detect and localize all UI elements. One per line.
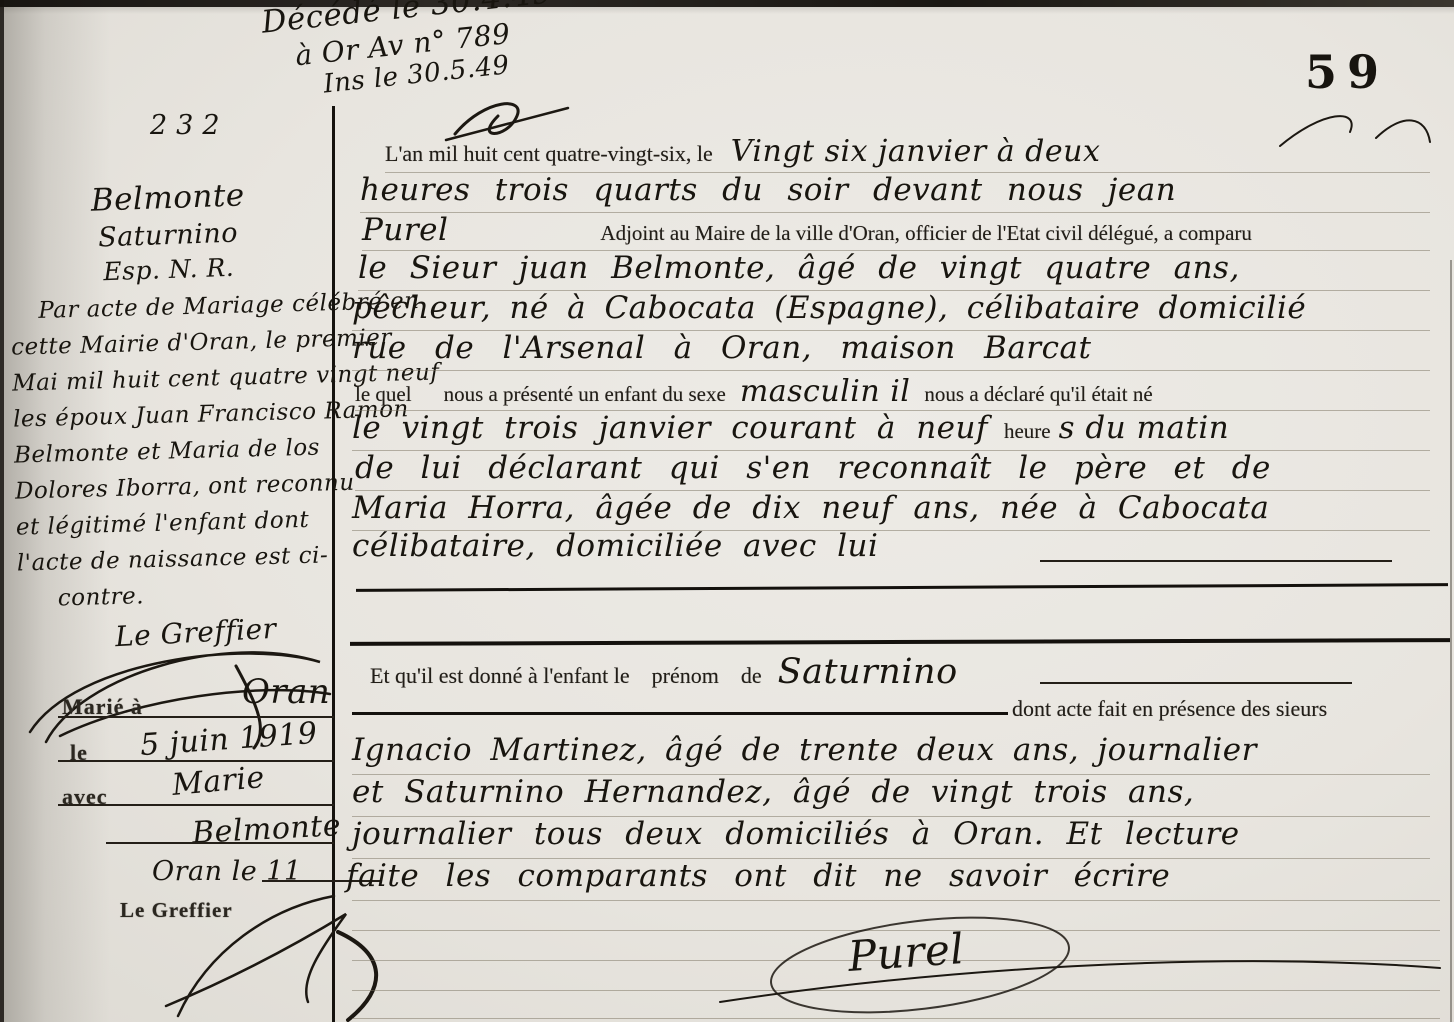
handwritten-text: journalier tous deux domiciliés à Oran. … xyxy=(352,816,1240,852)
acte-fill-rule xyxy=(352,712,1008,715)
marriage-place: Oran xyxy=(242,672,330,712)
handwritten-text: Vingt six janvier à deux xyxy=(731,134,1101,169)
ruled-line xyxy=(352,900,1440,901)
handwritten-text: s du matin xyxy=(1059,410,1230,446)
witness-line-1: Ignacio Martinez, âgé de trente deux ans… xyxy=(352,732,1430,775)
body-line-1: L'an mil huit cent quatre-vingt-six, le … xyxy=(385,134,1430,173)
body-line-9: de lui déclarant qui s'en reconnaît le p… xyxy=(355,450,1430,491)
printed-text: nous a présenté un enfant du sexe xyxy=(444,382,726,406)
stamp-line xyxy=(106,842,334,844)
printed-text: nous a déclaré qu'il était né xyxy=(924,382,1152,406)
witness-line-3: journalier tous deux domiciliés à Oran. … xyxy=(352,816,1430,859)
handwritten-text: rue de l'Arsenal à Oran, maison Barcat xyxy=(352,330,1091,366)
printed-text: heure xyxy=(1004,419,1051,443)
handwritten-text: le Sieur juan Belmonte, âgé de vingt qua… xyxy=(358,250,1240,286)
handwritten-text: heures trois quarts du soir devant nous … xyxy=(360,172,1176,208)
printed-text: Adjoint au Maire de la ville d'Oran, off… xyxy=(600,221,1252,245)
stamp-line xyxy=(58,760,334,762)
handwritten-text: Ignacio Martinez, âgé de trente deux ans… xyxy=(352,732,1257,768)
handwritten-text: Maria Horra, âgée de dix neuf ans, née à… xyxy=(352,490,1269,526)
fill-line xyxy=(1040,560,1392,562)
registry-page: 59 Décédé le 30.4.49 à Or Av n° 789 Ins … xyxy=(0,0,1454,1022)
witness-line-2: et Saturnino Hernandez, âgé de vingt tro… xyxy=(352,774,1430,817)
printed-text: L'an mil huit cent quatre-vingt-six, le xyxy=(385,141,713,166)
prenom-line: Et qu'il est donné à l'enfant le prénom … xyxy=(370,652,958,692)
handwritten-text: masculin il xyxy=(740,374,911,409)
bracket-flourish xyxy=(330,928,400,1022)
page-number: 59 xyxy=(1305,45,1389,99)
spouse-firstname: Marie xyxy=(171,760,266,803)
body-line-10: Maria Horra, âgée de dix neuf ans, née à… xyxy=(352,490,1430,531)
stamp-le-label: le xyxy=(70,740,88,766)
body-line-5: pêcheur, né à Cabocata (Espagne), céliba… xyxy=(352,290,1430,331)
closing-rule-1 xyxy=(356,583,1448,592)
stamp-line xyxy=(58,804,334,806)
body-line-6: rue de l'Arsenal à Oran, maison Barcat xyxy=(352,330,1430,371)
handwritten-text: faite les comparants ont dit ne savoir é… xyxy=(346,858,1170,894)
body-line-3: Purel Adjoint au Maire de la ville d'Ora… xyxy=(362,212,1430,251)
margin-surname: Belmonte xyxy=(90,177,245,218)
stamp-avec-label: avec xyxy=(62,784,108,810)
printed-text: le quel xyxy=(355,382,412,406)
officer-signature-flourish xyxy=(690,910,1450,1020)
body-line-2: heures trois quarts du soir devant nous … xyxy=(360,172,1430,213)
scan-top-edge xyxy=(0,0,1454,7)
body-line-8: le vingt trois janvier courant à neuf he… xyxy=(352,410,1430,451)
handwritten-text: pêcheur, né à Cabocata (Espagne), céliba… xyxy=(352,290,1306,326)
child-firstname: Saturnino xyxy=(778,652,958,692)
handwritten-text: et Saturnino Hernandez, âgé de vingt tro… xyxy=(352,774,1194,810)
scan-left-edge xyxy=(0,0,4,1022)
body-line-4: le Sieur juan Belmonte, âgé de vingt qua… xyxy=(358,250,1430,291)
handwritten-text: le vingt trois janvier courant à neuf xyxy=(352,410,988,446)
handwritten-text: célibataire, domiciliée avec lui xyxy=(352,528,878,564)
officer-signature: Purel xyxy=(846,924,965,981)
clerk-signature2-flourish xyxy=(150,884,360,1022)
oran-note: Oran le 11 xyxy=(152,856,302,887)
acte-line: dont acte fait en présence des sieurs xyxy=(1012,696,1327,722)
act-number: 232 xyxy=(150,110,229,141)
handwritten-text: de lui déclarant qui s'en reconnaît le p… xyxy=(355,450,1271,486)
spouse-surname: Belmonte xyxy=(191,808,342,851)
margin-name-block: Belmonte Saturnino Esp. N. R. xyxy=(90,177,247,286)
margin-firstname: Saturnino xyxy=(98,217,247,253)
printed-text: Et qu'il est donné à l'enfant le prénom … xyxy=(370,663,762,688)
body-line-7: le quel nous a présenté un enfant du sex… xyxy=(355,374,1430,411)
page-right-edge xyxy=(1450,260,1452,1022)
body-line-11: célibataire, domiciliée avec lui xyxy=(352,528,878,564)
printed-text: dont acte fait en présence des sieurs xyxy=(1012,696,1327,721)
closing-rule-2 xyxy=(350,638,1450,646)
witness-line-4: faite les comparants ont dit ne savoir é… xyxy=(346,858,1170,894)
margin-nationality-note: Esp. N. R. xyxy=(103,252,248,286)
prenom-fill-line xyxy=(1040,682,1352,684)
handwritten-text: Purel xyxy=(362,212,448,248)
